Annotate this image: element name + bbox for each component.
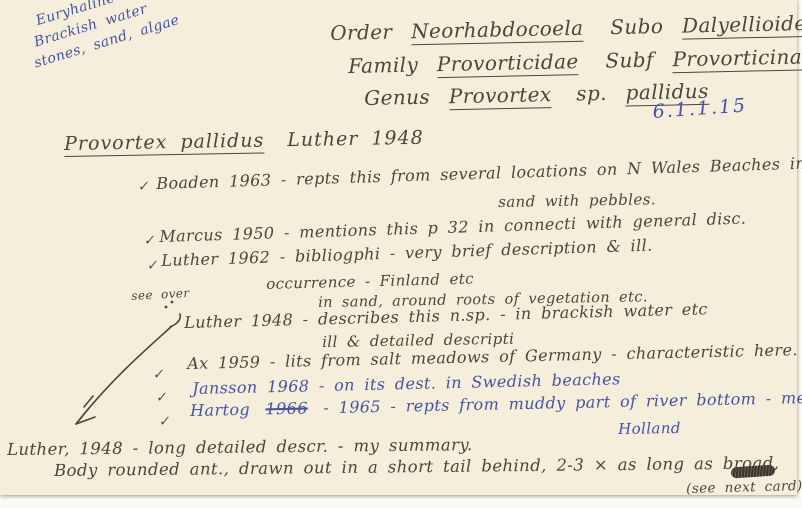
title-species: Provortex pallidus bbox=[64, 130, 264, 157]
subfamily-label: Subf bbox=[605, 48, 654, 73]
entry-hartog-name: Hartog bbox=[190, 400, 250, 420]
taxonomy-line-family: Family Provorticidae Subf Provorticinae bbox=[348, 45, 802, 78]
order-name: Neorhabdocoela bbox=[411, 16, 584, 46]
genus-name: Provortex bbox=[449, 82, 552, 110]
checkmark-icon: ✓ bbox=[155, 391, 167, 407]
suborder-name: Dalyellioidea bbox=[682, 11, 802, 40]
subfamily-name: Provorticinae bbox=[672, 44, 802, 73]
entry-boaden-line2: sand with pebbles. bbox=[498, 191, 656, 211]
family-label: Family bbox=[348, 53, 418, 78]
checkmark-icon: ✓ bbox=[146, 259, 158, 275]
scanned-card-page: { "colors": { "card_background": "#f5eed… bbox=[0, 0, 802, 508]
see-over-note: see over bbox=[131, 287, 190, 304]
card-title: Provortex pallidus Luther 1948 bbox=[64, 128, 424, 156]
summary-line2: Body rounded ant., drawn out in a short … bbox=[54, 454, 779, 481]
genus-label: Genus bbox=[364, 85, 430, 110]
species-label: sp. bbox=[576, 81, 607, 106]
entry-luther1962-line2: occurrence - Finland etc bbox=[266, 271, 474, 294]
family-name: Provorticidae bbox=[437, 49, 579, 78]
entry-hartog-line2: Holland bbox=[618, 420, 681, 438]
see-next-card-note: (see next card) bbox=[686, 479, 802, 498]
catalog-number: 6.1.1.15 bbox=[652, 95, 748, 123]
checkmark-icon: ✓ bbox=[158, 415, 170, 431]
entry-boaden-line1: Boaden 1963 - repts this from several lo… bbox=[156, 155, 802, 194]
corner-note: Euryhaline- Brackish water stones, sand,… bbox=[20, 0, 182, 73]
title-authority: Luther 1948 bbox=[287, 127, 424, 151]
checkmark-icon: ✓ bbox=[143, 234, 155, 250]
taxonomy-line-order: Order Neorhabdocoela Subo Dalyellioidea bbox=[330, 12, 802, 45]
scribbled-out-text bbox=[731, 464, 776, 478]
index-card: Euryhaline- Brackish water stones, sand,… bbox=[0, 0, 797, 495]
suborder-label: Subo bbox=[610, 14, 664, 39]
order-label: Order bbox=[330, 20, 393, 45]
checkmark-icon: ✓ bbox=[152, 368, 164, 384]
entry-hartog-struck-year: 1966 bbox=[265, 399, 308, 419]
checkmark-icon: ✓ bbox=[137, 180, 149, 196]
